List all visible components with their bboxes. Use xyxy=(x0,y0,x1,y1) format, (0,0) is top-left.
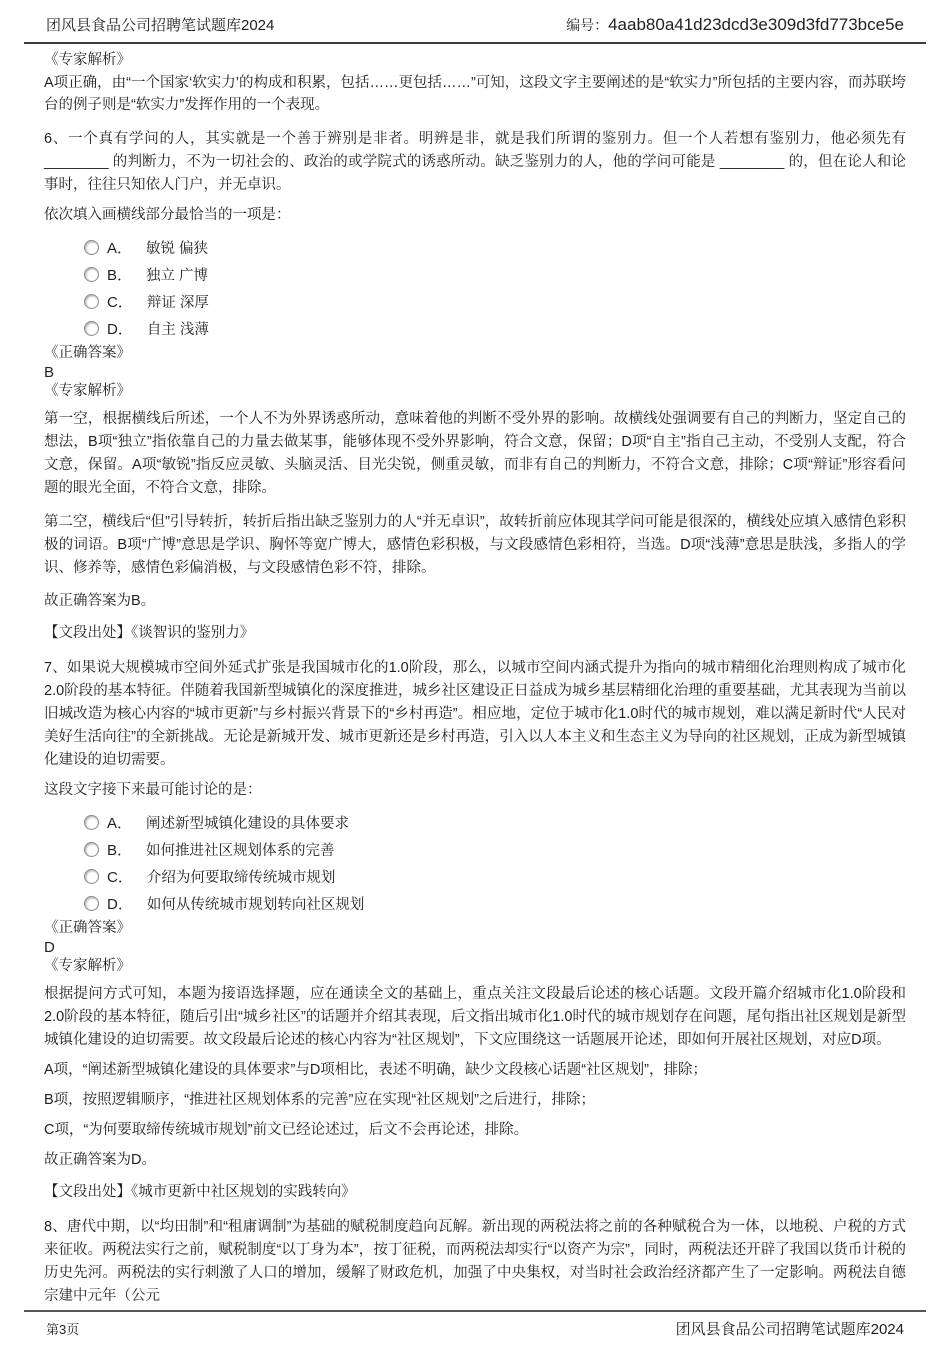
question-7-analysis-1: 根据提问方式可知，本题为接语选择题，应在通读全文的基础上，重点关注文段最后论述的… xyxy=(44,983,906,1052)
question-6-prompt: 依次填入画横线部分最恰当的一项是： xyxy=(44,204,906,227)
option-text: 如何推进社区规划体系的完善 xyxy=(146,839,335,860)
radio-icon[interactable] xyxy=(84,842,99,857)
option-letter: B． xyxy=(107,264,132,285)
option-text: 辩证 深厚 xyxy=(147,291,209,312)
document-page: 团风县食品公司招聘笔试题库2024 编号：4aab80a41d23dcd3e30… xyxy=(0,0,950,1345)
question-6-option-b[interactable]: B． 独立 广博 xyxy=(84,261,906,287)
question-6-options: A． 敏锐 偏狭 B． 独立 广博 C． 辩证 深厚 D． 自主 浅薄 xyxy=(84,234,906,341)
radio-icon[interactable] xyxy=(84,815,99,830)
question-7-option-b[interactable]: B． 如何推进社区规划体系的完善 xyxy=(84,836,906,862)
radio-icon[interactable] xyxy=(84,267,99,282)
question-7-source: 【文段出处】《城市更新中社区规划的实践转向》 xyxy=(44,1181,906,1204)
question-7-options: A． 阐述新型城镇化建设的具体要求 B． 如何推进社区规划体系的完善 C． 介绍… xyxy=(84,809,906,916)
page-body: 《专家解析》 A项正确，由“一个国家‘软实力’的构成和积累，包括……更包括……”… xyxy=(44,51,906,1308)
radio-icon[interactable] xyxy=(84,869,99,884)
option-letter: C． xyxy=(107,291,133,312)
option-letter: D． xyxy=(107,893,133,914)
question-7-conclusion: 故正确答案为D。 xyxy=(44,1149,906,1172)
expert-analysis-label: 《专家解析》 xyxy=(44,51,906,70)
question-6-conclusion: 故正确答案为B。 xyxy=(44,590,906,613)
document-id-label: 编号： xyxy=(566,17,608,33)
question-7-point-a: A项，“阐述新型城镇化建设的具体要求”与D项相比，表述不明确，缺少文段核心话题“… xyxy=(44,1059,906,1082)
page-number: 第3页 xyxy=(46,1319,79,1338)
option-text: 介绍为何要取缔传统城市规划 xyxy=(147,866,336,887)
page-footer: 第3页 团风县食品公司招聘笔试题库2024 xyxy=(24,1310,926,1339)
question-6-stem: 6、一个真有学问的人，其实就是一个善于辨别是非者。明辨是非，就是我们所谓的鉴别力… xyxy=(44,128,906,197)
radio-icon[interactable] xyxy=(84,294,99,309)
question-6-source: 【文段出处】《谈智识的鉴别力》 xyxy=(44,622,906,645)
question-8-stem: 8、唐代中期，以“均田制”和“租庸调制”为基础的赋税制度趋向瓦解。新出现的两税法… xyxy=(44,1216,906,1308)
option-text: 自主 浅薄 xyxy=(147,318,209,339)
correct-answer-label: 《正确答案》 xyxy=(44,919,906,938)
radio-icon[interactable] xyxy=(84,321,99,336)
page-header: 团风县食品公司招聘笔试题库2024 编号：4aab80a41d23dcd3e30… xyxy=(24,14,926,44)
question-7-option-c[interactable]: C． 介绍为何要取缔传统城市规划 xyxy=(84,863,906,889)
option-letter: B． xyxy=(107,839,132,860)
correct-answer-label: 《正确答案》 xyxy=(44,344,906,363)
question-7-point-c: C项，“为何要取缔传统城市规划”前文已经论述过，后文不会再论述，排除。 xyxy=(44,1119,906,1142)
option-letter: C． xyxy=(107,866,133,887)
question-7-stem: 7、如果说大规模城市空间外延式扩张是我国城市化的1.0阶段，那么，以城市空间内涵… xyxy=(44,657,906,772)
question-6-answer: B xyxy=(44,363,906,382)
option-letter: D． xyxy=(107,318,133,339)
option-text: 独立 广博 xyxy=(146,264,208,285)
expert-analysis-label: 《专家解析》 xyxy=(44,382,906,401)
radio-icon[interactable] xyxy=(84,896,99,911)
option-text: 敏锐 偏狭 xyxy=(146,237,208,258)
prev-analysis-text: A项正确，由“一个国家‘软实力’的构成和积累，包括……更包括……”可知，这段文字… xyxy=(44,72,906,116)
option-text: 阐述新型城镇化建设的具体要求 xyxy=(146,812,349,833)
question-7-point-b: B项，按照逻辑顺序，“推进社区规划体系的完善”应在实现“社区规划”之后进行，排除… xyxy=(44,1089,906,1112)
option-letter: A． xyxy=(107,237,132,258)
option-letter: A． xyxy=(107,812,132,833)
question-6-option-c[interactable]: C． 辩证 深厚 xyxy=(84,288,906,314)
question-6-analysis-2: 第二空，横线后“但”引导转折，转折后指出缺乏鉴别力的人“并无卓识”，故转折前应体… xyxy=(44,511,906,580)
question-6-option-d[interactable]: D． 自主 浅薄 xyxy=(84,315,906,341)
document-id: 编号：4aab80a41d23dcd3e309d3fd773bce5e xyxy=(566,15,904,35)
question-7-answer: D xyxy=(44,938,906,957)
document-id-value: 4aab80a41d23dcd3e309d3fd773bce5e xyxy=(608,15,904,34)
question-6-analysis-1: 第一空，根据横线后所述，一个人不为外界诱惑所动，意味着他的判断不受外界的影响。故… xyxy=(44,408,906,500)
question-7-option-a[interactable]: A． 阐述新型城镇化建设的具体要求 xyxy=(84,809,906,835)
question-6-option-a[interactable]: A． 敏锐 偏狭 xyxy=(84,234,906,260)
expert-analysis-label: 《专家解析》 xyxy=(44,957,906,976)
question-7-prompt: 这段文字接下来最可能讨论的是： xyxy=(44,779,906,802)
question-7-option-d[interactable]: D． 如何从传统城市规划转向社区规划 xyxy=(84,890,906,916)
option-text: 如何从传统城市规划转向社区规划 xyxy=(147,893,365,914)
header-title: 团风县食品公司招聘笔试题库2024 xyxy=(46,14,274,35)
radio-icon[interactable] xyxy=(84,240,99,255)
footer-title: 团风县食品公司招聘笔试题库2024 xyxy=(676,1318,904,1339)
